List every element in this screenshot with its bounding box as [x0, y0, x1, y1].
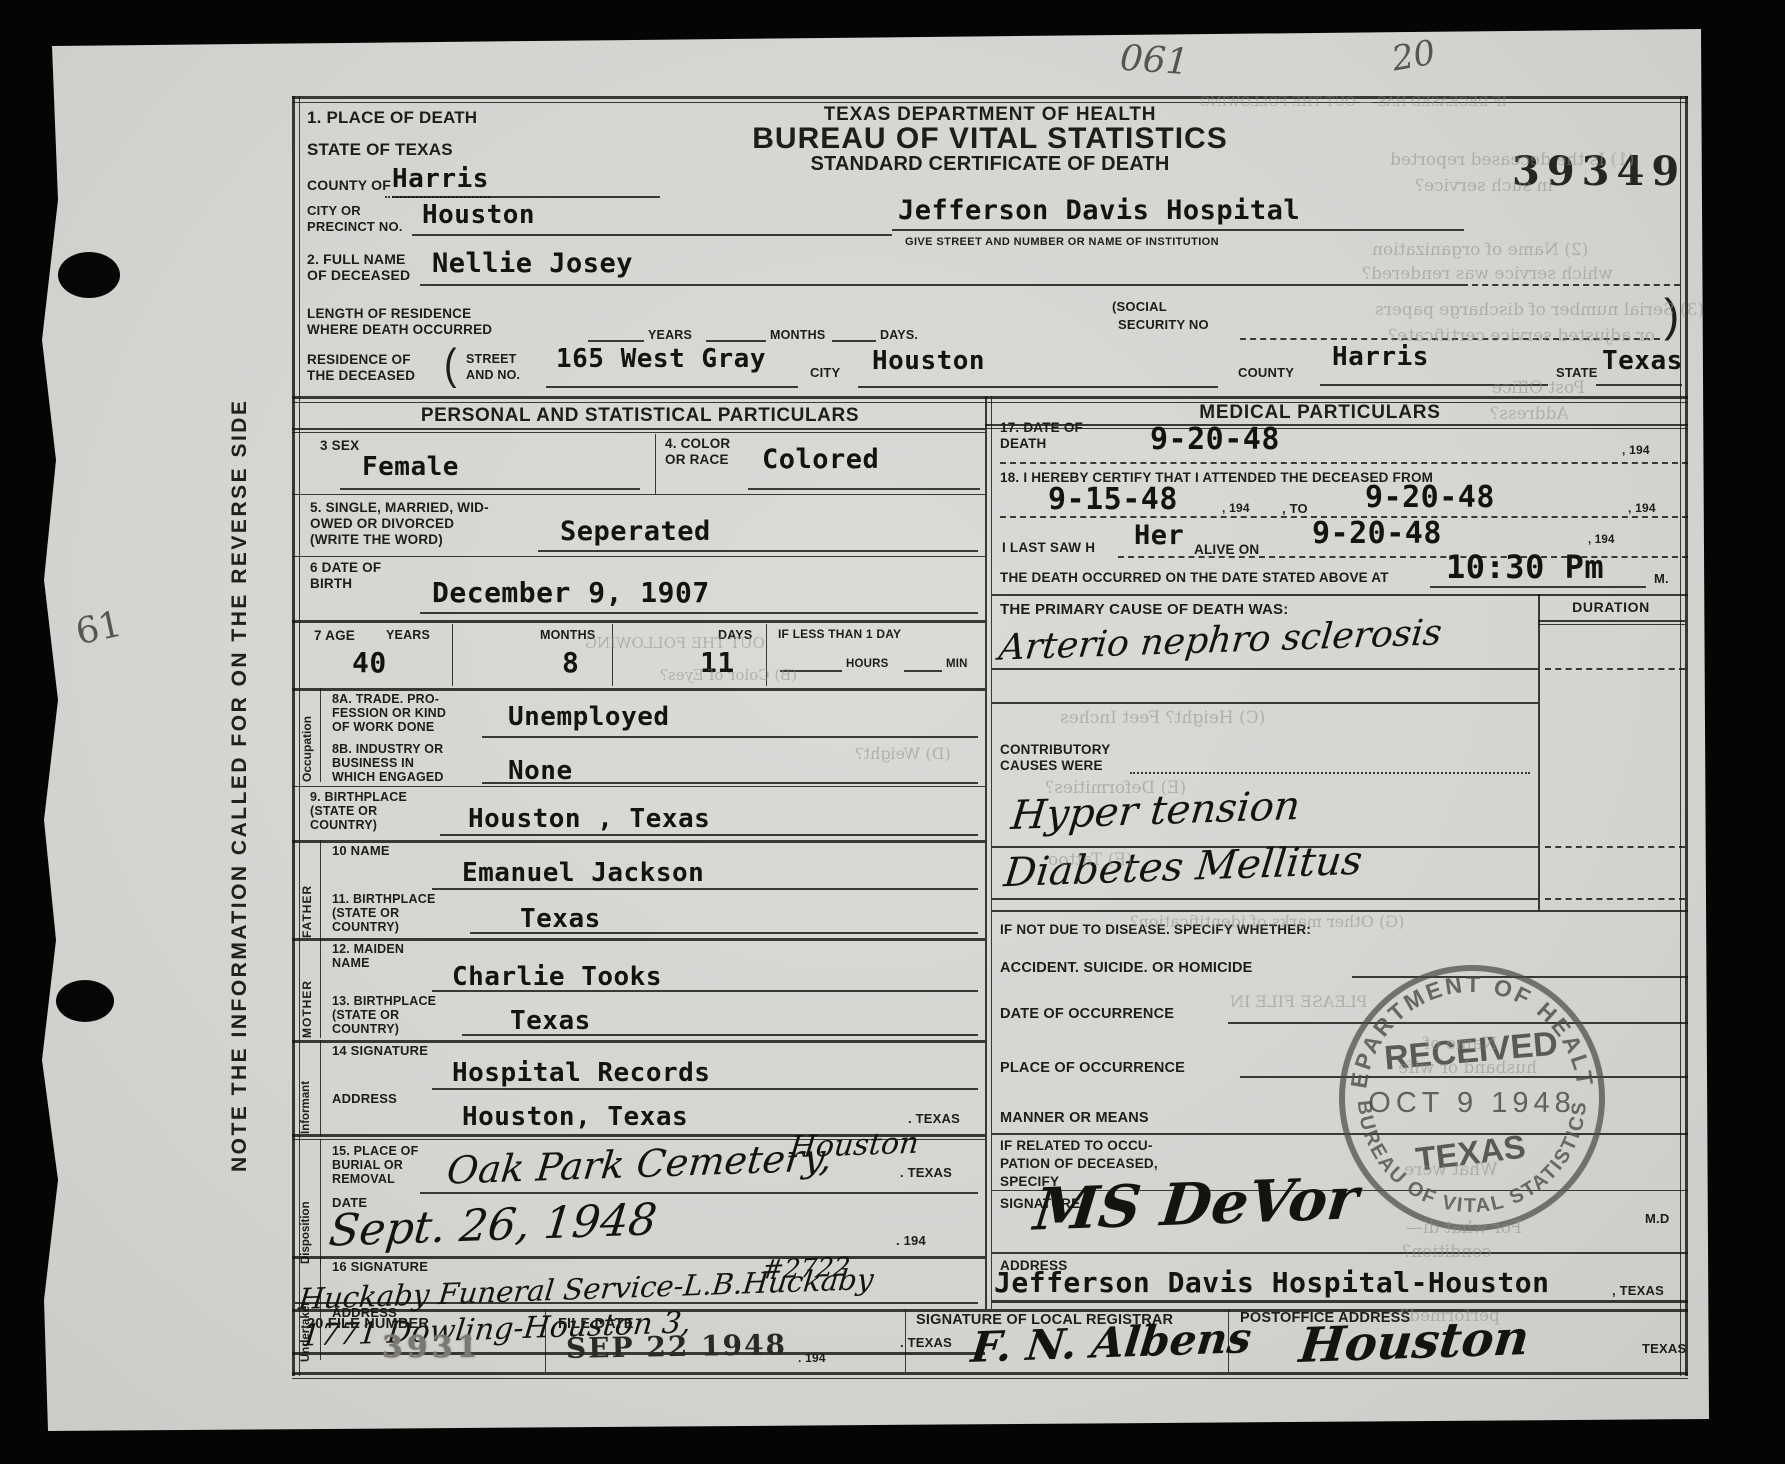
street-label: STREET	[466, 352, 517, 366]
rule	[985, 428, 1688, 429]
residence-label: RESIDENCE OF	[307, 352, 411, 367]
undertaker-sig-label: 16 SIGNATURE	[332, 1260, 428, 1275]
date-of-death-value: 9-20-48	[1150, 422, 1280, 457]
rule	[412, 234, 892, 236]
md-signature-handwriting: MS DeVor	[1031, 1164, 1362, 1243]
attended-to-value: 9-20-48	[1365, 480, 1495, 515]
md-address-texas: , TEXAS	[1612, 1284, 1664, 1299]
rule	[482, 736, 978, 738]
scanned-death-certificate: 61 061 20 NOTE THE INFORMATION CALLED FO…	[0, 0, 1785, 1464]
rule	[706, 340, 766, 342]
rule	[1000, 462, 1688, 464]
informant-addr-texas: . TEXAS	[908, 1112, 960, 1127]
institution-value: Jefferson Davis Hospital	[898, 195, 1300, 226]
min-label: MIN	[946, 658, 968, 671]
rule	[470, 932, 978, 934]
trade-label3: OF WORK DONE	[332, 720, 434, 734]
occurred-label: THE DEATH OCCURRED ON THE DATE STATED AB…	[1000, 570, 1389, 585]
bleed-text: (C) Height? Feet Inches	[1060, 708, 1265, 728]
industry-label: 8B. INDUSTRY OR	[332, 742, 443, 756]
postoffice-texas: TEXAS	[1642, 1342, 1686, 1357]
length-residence-label2: WHERE DEATH OCCURRED	[307, 322, 492, 337]
city-precinct-label: CITY OR	[307, 204, 361, 219]
rule	[1130, 772, 1530, 774]
length-residence-label: LENGTH OF RESIDENCE	[307, 306, 471, 321]
county-value: Harris	[392, 164, 489, 194]
rule	[462, 1034, 978, 1036]
days-label: DAYS.	[880, 328, 918, 342]
sex-value: Female	[362, 452, 459, 482]
informant-sig-label: 14 SIGNATURE	[332, 1044, 428, 1059]
rule	[320, 840, 321, 938]
bleed-text: Name of	[1424, 1034, 1497, 1054]
res-county-value: Harris	[1332, 342, 1429, 372]
rule	[292, 938, 985, 941]
dob-label2: BIRTH	[310, 576, 352, 591]
lastsaw-label: I LAST SAW H	[1002, 540, 1095, 555]
rule	[1462, 284, 1680, 286]
rule	[992, 668, 1538, 670]
bleed-text: (2) Name of organization	[1372, 240, 1588, 260]
occurred-time: 10:30 Pm	[1446, 548, 1604, 586]
registrar-signature: F. N. Albens	[969, 1313, 1254, 1372]
street-label2: AND NO.	[466, 368, 520, 382]
top-pencil-number-2: 20	[1389, 33, 1439, 80]
ssn-label2: SECURITY NO	[1118, 318, 1209, 333]
rule	[420, 284, 1462, 286]
top-pencil-number-1: 061	[1119, 38, 1190, 84]
duration-label: DURATION	[1540, 600, 1682, 616]
occurred-m: M.	[1654, 572, 1669, 587]
bleed-text: (F) Tattoo	[1048, 850, 1133, 870]
burial-194: . 194	[896, 1234, 926, 1249]
certify-194: , 194	[1222, 502, 1250, 515]
rule	[1430, 586, 1646, 588]
rule	[892, 229, 1464, 231]
form-border-left	[292, 96, 295, 1376]
date-of-death-label: 17. DATE OF	[1000, 420, 1083, 435]
rule	[420, 612, 978, 614]
rule	[292, 786, 985, 787]
rule	[392, 196, 660, 198]
months-label: MONTHS	[770, 328, 825, 342]
rule	[292, 428, 985, 430]
burial-label3: REMOVAL	[332, 1172, 395, 1186]
form-border-right	[1685, 96, 1688, 1376]
bleed-text: condition?	[1402, 1242, 1492, 1262]
rule	[905, 1309, 906, 1372]
trade-label2: FESSION OR KIND	[332, 706, 446, 720]
age-years-value: 40	[352, 646, 387, 679]
manner-means-label: MANNER OR MEANS	[1000, 1110, 1149, 1126]
bleed-text: IF DECEASED HAS — OUT THE FOLLOWING	[1200, 95, 1507, 110]
rule	[538, 550, 978, 552]
bleed-text: or adjusted service certificate?	[1388, 326, 1655, 346]
age-months-value: 8	[562, 646, 579, 679]
dob-value: December 9, 1907	[432, 576, 710, 609]
industry-label3: WHICH ENGAGED	[332, 770, 444, 784]
age-label: 7 AGE	[314, 628, 355, 643]
sex-label: 3 SEX	[320, 438, 359, 453]
related-occupation-label: IF RELATED TO OCCU-	[1000, 1138, 1153, 1153]
rule	[1228, 1309, 1229, 1372]
bleed-text: (B) Color of Eyes?	[660, 666, 797, 684]
mother-bp-label2: (STATE OR	[332, 1008, 399, 1022]
hole-punch-bottom	[56, 980, 114, 1022]
bleed-text: which service was rendered?	[1362, 264, 1613, 284]
rule	[991, 396, 992, 1309]
maiden-value: Charlie Tooks	[452, 962, 662, 992]
rule	[985, 424, 1688, 426]
bleed-text: husband or wife	[1398, 1058, 1537, 1078]
bleed-text: (G) Other marks of identification?	[1130, 912, 1404, 931]
rule	[858, 386, 1218, 388]
trade-value: Unemployed	[508, 702, 670, 732]
lastsaw-fill: Her	[1134, 520, 1184, 551]
disposition-side-label: Disposition	[300, 1142, 312, 1264]
dob-label: 6 DATE OF	[310, 560, 381, 575]
rule	[992, 702, 1538, 704]
state-of-texas-label: STATE OF TEXAS	[307, 140, 453, 159]
bleed-text: PLEASE FILE IN	[1230, 992, 1367, 1011]
birthplace-label3: COUNTRY)	[310, 818, 377, 832]
rule	[292, 1378, 1688, 1379]
birthplace-label: 9. BIRTHPLACE	[310, 790, 407, 804]
industry-label2: BUSINESS IN	[332, 756, 414, 770]
rule	[292, 840, 985, 843]
marital-label3: (WRITE THE WORD)	[310, 532, 443, 547]
burial-label2: BURIAL OR	[332, 1158, 403, 1172]
bleed-text: Post Office	[1492, 378, 1585, 398]
attended-from-value: 9-15-48	[1048, 482, 1178, 517]
rule	[992, 1252, 1688, 1254]
accident-label: ACCIDENT. SUICIDE. OR HOMICIDE	[1000, 960, 1253, 976]
ssn-label: (SOCIAL	[1112, 300, 1167, 315]
file-number-stamp: 3931	[382, 1330, 482, 1365]
institution-caption: GIVE STREET AND NUMBER OR NAME OF INSTIT…	[905, 236, 1219, 248]
form-border-bottom	[292, 1372, 1688, 1375]
rule	[320, 1040, 321, 1136]
father-side-label: FATHER	[300, 842, 314, 938]
fullname-label: 2. FULL NAME	[307, 252, 406, 268]
trade-label: 8A. TRADE. PRO-	[332, 692, 439, 706]
date-occurrence-label: DATE OF OCCURRENCE	[1000, 1006, 1174, 1022]
certify-to: , TO	[1282, 502, 1308, 517]
marital-value: Seperated	[560, 516, 711, 547]
bleed-text: (E) Deformities?	[1045, 778, 1186, 798]
dod-194: , 194	[1622, 444, 1650, 457]
rule	[292, 556, 985, 557]
father-bp-value: Texas	[520, 904, 601, 934]
rule	[320, 938, 321, 1038]
contributory-label2: CAUSES WERE	[1000, 758, 1103, 773]
fullname-value: Nellie Josey	[432, 248, 633, 279]
color-race-value: Colored	[762, 444, 879, 475]
personal-column-title: PERSONAL AND STATISTICAL PARTICULARS	[320, 405, 960, 426]
bleed-text: (3) Serial number of discharge papers	[1375, 300, 1704, 320]
rule	[748, 488, 980, 490]
father-name-label: 10 NAME	[332, 844, 390, 859]
column-divider	[985, 396, 987, 1309]
rule	[1545, 846, 1685, 848]
burial-texas: . TEXAS	[900, 1166, 952, 1181]
mother-bp-label3: COUNTRY)	[332, 1022, 399, 1036]
md-address-value: Jefferson Davis Hospital-Houston	[994, 1266, 1549, 1299]
rule	[546, 386, 798, 388]
related-occupation-label2: PATION OF DECEASED,	[1000, 1156, 1158, 1171]
father-name-value: Emanuel Jackson	[462, 858, 704, 888]
rule	[588, 340, 644, 342]
occupation-side-label: Occupation	[300, 692, 314, 782]
res-county-label: COUNTY	[1238, 366, 1294, 381]
marital-label: 5. SINGLE, MARRIED, WID-	[310, 500, 489, 515]
rule	[340, 488, 640, 490]
lastsaw-label2: ALIVE ON	[1194, 542, 1259, 557]
bleed-text: performed?	[1400, 1306, 1500, 1326]
if-less-label: IF LESS THAN 1 DAY	[778, 628, 901, 641]
father-bp-label: 11. BIRTHPLACE	[332, 892, 436, 906]
res-city-value: Houston	[872, 346, 985, 376]
bleed-text: What were	[1404, 1160, 1498, 1180]
bleed-text: (1) Is the deceased reported	[1390, 150, 1635, 170]
rule	[832, 340, 876, 342]
hours-label: HOURS	[846, 658, 889, 671]
rule	[1538, 624, 1685, 625]
res-city-label: CITY	[810, 366, 840, 381]
mother-bp-value: Texas	[510, 1006, 591, 1036]
file-date-194: . 194	[798, 1352, 826, 1365]
informant-addr-value: Houston, Texas	[462, 1102, 688, 1132]
color-race-label: 4. COLOR	[665, 436, 730, 451]
date-of-death-label2: DEATH	[1000, 436, 1047, 451]
rule	[292, 432, 985, 433]
rule	[992, 1300, 1688, 1303]
file-date-label: FILE DATE	[558, 1316, 634, 1332]
rule	[292, 620, 985, 623]
residence-label2: THE DECEASED	[307, 368, 415, 383]
rule	[295, 1302, 978, 1304]
bleed-text: in such service?	[1415, 176, 1553, 196]
rule	[1538, 620, 1685, 622]
rule	[440, 834, 978, 836]
rule	[432, 1088, 978, 1090]
maiden-label2: NAME	[332, 956, 370, 970]
street-value: 165 West Gray	[556, 344, 766, 374]
place-of-death-label: 1. PLACE OF DEATH	[307, 108, 477, 127]
undertaker-addr-texas: . TEXAS	[900, 1336, 952, 1351]
fullname-label2: OF DECEASED	[307, 268, 410, 284]
standard-title: STANDARD CERTIFICATE OF DEATH	[640, 153, 1340, 175]
stamp-date-text: OCT 9 1948	[1368, 1087, 1575, 1119]
rule	[1596, 384, 1682, 386]
rule	[1545, 898, 1685, 900]
mother-side-label: MOTHER	[300, 942, 314, 1038]
rule	[482, 782, 978, 784]
rule	[320, 688, 321, 782]
reverse-side-note: NOTE THE INFORMATION CALLED FOR ON THE R…	[228, 292, 252, 1172]
residence-brace: (	[444, 341, 457, 390]
hole-punch-top	[58, 252, 120, 298]
father-bp-label3: COUNTRY)	[332, 920, 399, 934]
rule	[1680, 96, 1681, 1376]
burial-label: 15. PLACE OF	[332, 1144, 418, 1158]
rule	[904, 670, 942, 672]
rule	[292, 688, 985, 691]
father-bp-label2: (STATE OR	[332, 906, 399, 920]
res-state-value: Texas	[1602, 346, 1683, 376]
duration-box-left	[1538, 594, 1540, 910]
bleed-text: For what di—	[1406, 1218, 1522, 1238]
mother-bp-label: 13. BIRTHPLACE	[332, 994, 436, 1008]
rule	[432, 888, 978, 890]
rule	[992, 594, 1688, 596]
age-years-label: YEARS	[386, 628, 430, 642]
contributory-label: CONTRIBUTORY	[1000, 742, 1110, 757]
informant-addr-label: ADDRESS	[332, 1092, 397, 1107]
rule	[320, 1139, 321, 1265]
maiden-label: 12. MAIDEN	[332, 942, 404, 956]
county-label: COUNTY OF	[307, 178, 391, 194]
md-label: M.D	[1645, 1212, 1669, 1227]
rule	[655, 434, 656, 494]
rule	[452, 624, 453, 686]
rule	[420, 1192, 978, 1194]
rule	[992, 898, 1538, 900]
informant-sig-value: Hospital Records	[452, 1058, 710, 1088]
place-occurrence-label: PLACE OF OCCURRENCE	[1000, 1060, 1185, 1076]
rule	[292, 494, 985, 495]
rule	[1545, 668, 1685, 670]
bleed-text: OUT THE FOLLOWING	[585, 634, 765, 652]
informant-side-label: Informant	[300, 1042, 312, 1134]
bleed-text: Address?	[1490, 404, 1569, 424]
file-date-stamp: SEP 22 1948	[566, 1328, 788, 1365]
bureau-title: BUREAU OF VITAL STATISTICS	[640, 122, 1340, 156]
color-race-label2: OR RACE	[665, 452, 729, 467]
bleed-text: (D) Weight?	[855, 744, 951, 763]
city-value: Houston	[422, 200, 535, 230]
marital-label2: OWED OR DIVORCED	[310, 516, 454, 531]
rule	[292, 396, 1688, 399]
primary-cause-label: THE PRIMARY CAUSE OF DEATH WAS:	[1000, 602, 1288, 619]
birthplace-value: Houston , Texas	[468, 804, 710, 834]
rule	[432, 990, 978, 992]
birthplace-label2: (STATE OR	[310, 804, 377, 818]
lastsaw-date: 9-20-48	[1312, 516, 1442, 551]
rule	[545, 1309, 546, 1372]
city-precinct-label2: PRECINCT NO.	[307, 220, 403, 235]
years-label: YEARS	[648, 328, 692, 342]
certify-end-194: , 194	[1628, 502, 1656, 515]
lastsaw-194: , 194	[1588, 534, 1615, 547]
